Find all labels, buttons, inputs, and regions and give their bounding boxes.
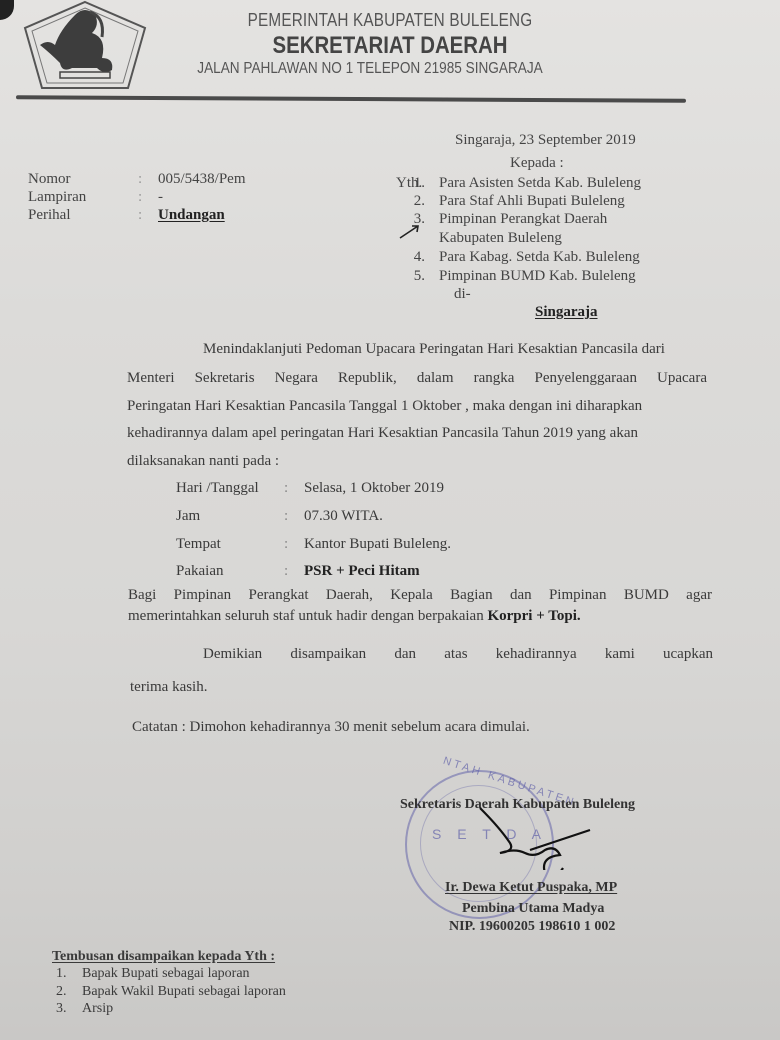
closing-line: Demikian disampaikan dan atas kehadirann… — [203, 640, 713, 668]
recipient-item: 4.Para Kabag. Setda Kab. Buleleng — [395, 249, 640, 266]
meta-label: Lampiran — [28, 189, 138, 206]
recipient-di: di- — [454, 286, 471, 303]
meta-label: Nomor — [28, 171, 138, 188]
instruction-line: Bagi Pimpinan Perangkat Daerah, Kepala B… — [128, 585, 712, 605]
meta-number: Nomor:005/5438/Pem — [28, 171, 246, 188]
meta-value: 005/5438/Pem — [158, 171, 246, 187]
cc-item: 3.Arsip — [56, 1001, 113, 1017]
body-line: kehadirannya dalam apel peringatan Hari … — [127, 419, 638, 447]
body-line: Menindaklanjuti Pedoman Upacara Peringat… — [203, 335, 665, 363]
handwritten-signature-icon — [470, 800, 620, 870]
meta-value: - — [158, 189, 163, 205]
detail-attire: Pakaian:PSR + Peci Hitam — [176, 563, 420, 580]
closing-line: terima kasih. — [130, 673, 207, 701]
signatory-nip: NIP. 19600205 198610 1 002 — [449, 919, 615, 935]
detail-date: Hari /Tanggal:Selasa, 1 Oktober 2019 — [176, 480, 444, 497]
cc-item: 2.Bapak Wakil Bupati sebagai laporan — [56, 984, 286, 1000]
garuda-lion-crest-icon — [20, 0, 150, 90]
photo-corner-shadow — [0, 0, 14, 20]
recipient-item: 5.Pimpinan BUMD Kab. Buleleng — [395, 268, 636, 285]
detail-time: Jam:07.30 WITA. — [176, 508, 383, 525]
letterhead-government: PEMERINTAH KABUPATEN BULELENG — [229, 10, 552, 31]
signatory-name: Ir. Dewa Ketut Puspaka, MP — [445, 880, 617, 896]
recipient-item: 1.Para Asisten Setda Kab. Buleleng — [395, 175, 641, 192]
recipients-heading: Kepada : — [510, 155, 564, 172]
detail-place: Tempat:Kantor Bupati Buleleng. — [176, 536, 451, 553]
note: Catatan : Dimohon kehadirannya 30 menit … — [132, 713, 530, 741]
meta-attachment: Lampiran:- — [28, 189, 163, 206]
letterhead-office: SEKRETARIAT DAERAH — [229, 32, 552, 60]
body-line: Menteri Sekretaris Negara Republik, dala… — [127, 364, 707, 392]
cc-heading: Tembusan disampaikan kepada Yth : — [52, 949, 275, 965]
instruction-line: memerintahkan seluruh staf untuk hadir d… — [128, 606, 581, 626]
letterhead-address: JALAN PAHLAWAN NO 1 TELEPON 21985 SINGAR… — [183, 60, 557, 78]
recipient-item: 2.Para Staf Ahli Bupati Buleleng — [395, 193, 625, 210]
signatory-rank: Pembina Utama Madya — [462, 901, 604, 917]
recipient-city: Singaraja — [535, 304, 598, 321]
meta-value: Undangan — [158, 207, 225, 223]
body-line: Peringatan Hari Kesaktian Pancasila Tang… — [127, 392, 642, 420]
recipient-item: 3.Pimpinan Perangkat Daerah — [395, 211, 607, 228]
meta-subject: Perihal:Undangan — [28, 207, 225, 224]
place-date: Singaraja, 23 September 2019 — [455, 132, 636, 149]
cc-item: 1.Bapak Bupati sebagai laporan — [56, 966, 250, 982]
letterhead-divider — [16, 95, 686, 103]
handwritten-arrow-icon — [398, 222, 422, 240]
body-line: dilaksanakan nanti pada : — [127, 447, 279, 475]
meta-label: Perihal — [28, 207, 138, 224]
